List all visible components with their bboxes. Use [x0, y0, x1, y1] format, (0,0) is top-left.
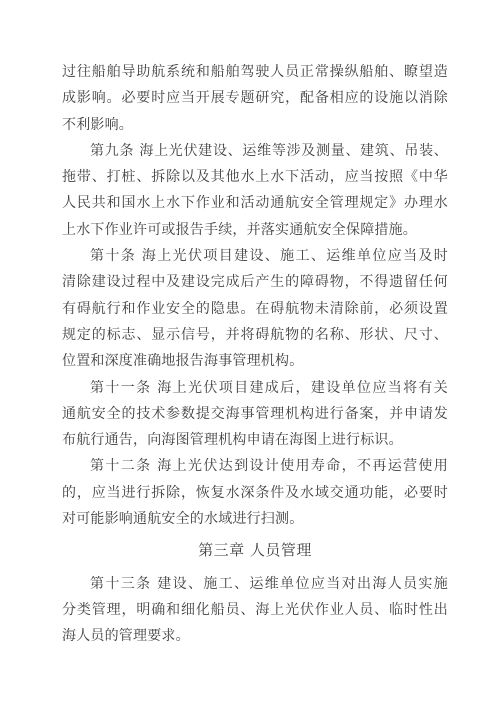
body-line: 拖带、打桩、拆除以及其他水上水下活动，应当按照《中华 [62, 164, 448, 190]
body-line: 分类管理，明确和细化船员、海上光伏作业人员、临时性出 [62, 597, 448, 623]
chapter-heading: 第三章 人员管理 [62, 537, 448, 563]
article-9-first-line: 第九条 海上光伏建设、运维等涉及测量、建筑、吊装、 [62, 138, 448, 164]
article-13-first-line: 第十三条 建设、施工、运维单位应当对出海人员实施 [62, 571, 448, 597]
article-10-first-line: 第十条 海上光伏项目建设、施工、运维单位应当及时 [62, 243, 448, 269]
body-line: 布航行通告，向海图管理机构申请在海图上进行标识。 [62, 427, 448, 453]
body-line: 有碍航行和作业安全的隐患。在碍航物未清除前，必须设置 [62, 296, 448, 322]
article-12-first-line: 第十二条 海上光伏达到设计使用寿命，不再运营使用 [62, 453, 448, 479]
body-line: 规定的标志、显示信号，并将碍航物的名称、形状、尺寸、 [62, 322, 448, 348]
body-line: 位置和深度准确地报告海事管理机构。 [62, 348, 448, 374]
body-line: 的，应当进行拆除，恢复水深条件及水域交通功能，必要时 [62, 480, 448, 506]
body-line: 清除建设过程中及建设完成后产生的障碍物，不得遗留任何 [62, 269, 448, 295]
body-line: 人民共和国水上水下作业和活动通航安全管理规定》办理水 [62, 190, 448, 216]
body-line: 上水下作业许可或报告手续，并落实通航安全保障措施。 [62, 217, 448, 243]
body-line: 过往船舶导助航系统和船舶驾驶人员正常操纵船舶、瞭望造 [62, 59, 448, 85]
document-page: 过往船舶导助航系统和船舶驾驶人员正常操纵船舶、瞭望造 成影响。必要时应当开展专题… [0, 0, 500, 707]
body-line: 海人员的管理要求。 [62, 623, 448, 649]
body-line: 不利影响。 [62, 112, 448, 138]
body-line: 对可能影响通航安全的水域进行扫测。 [62, 506, 448, 532]
body-line: 通航安全的技术参数提交海事管理机构进行备案，并申请发 [62, 401, 448, 427]
document-content: 过往船舶导助航系统和船舶驾驶人员正常操纵船舶、瞭望造 成影响。必要时应当开展专题… [62, 59, 448, 650]
body-line: 成影响。必要时应当开展专题研究，配备相应的设施以消除 [62, 85, 448, 111]
article-11-first-line: 第十一条 海上光伏项目建成后，建设单位应当将有关 [62, 375, 448, 401]
